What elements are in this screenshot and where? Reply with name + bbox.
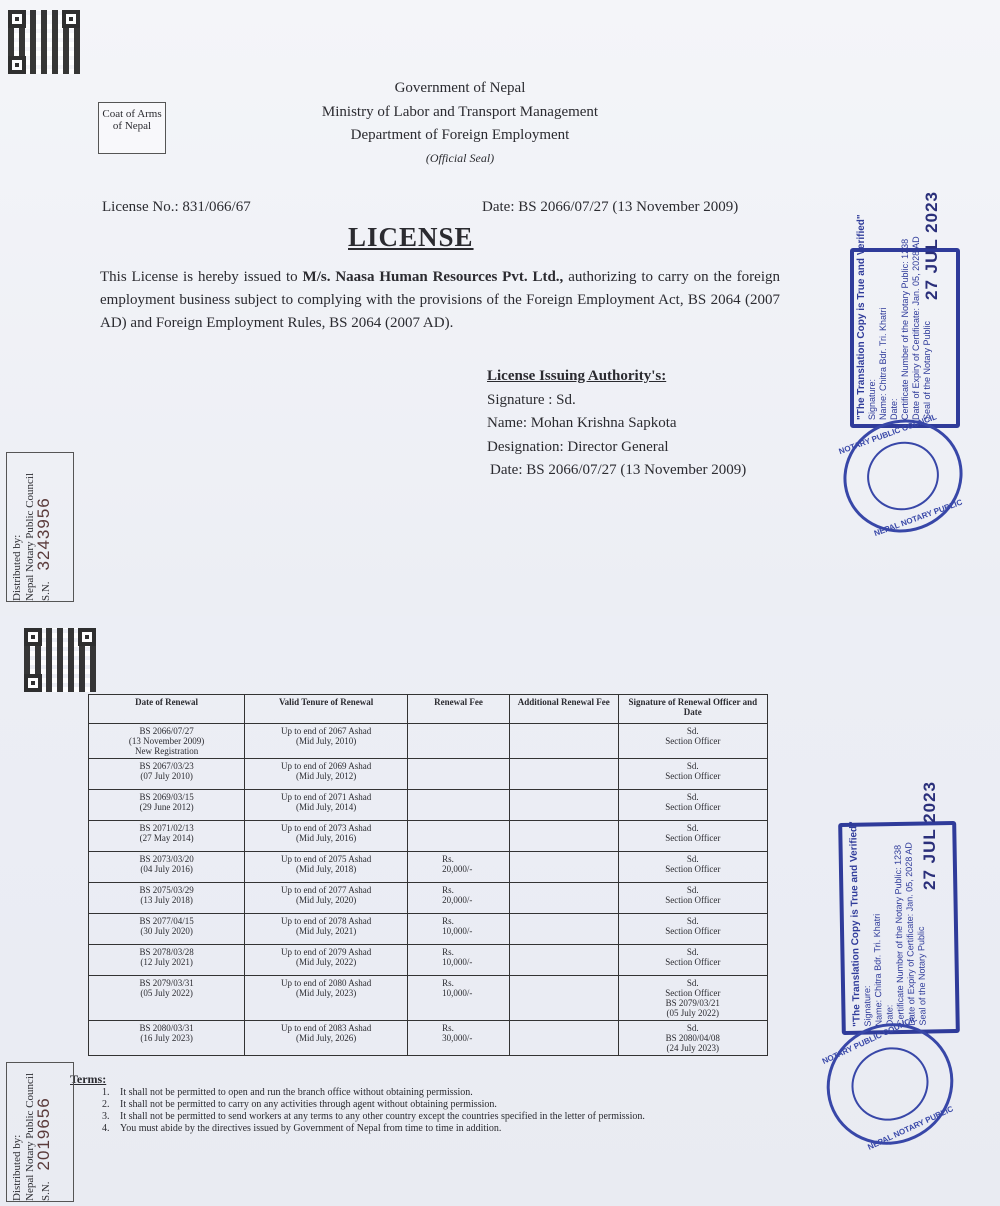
department-heading: Department of Foreign Employment bbox=[260, 127, 660, 144]
license-body: This License is hereby issued to M/s. Na… bbox=[100, 266, 780, 335]
license-page: Coat of Arms of Nepal Government of Nepa… bbox=[0, 0, 1000, 616]
cell-date: BS 2073/03/20 (04 July 2016) bbox=[89, 852, 245, 883]
license-number: License No.: 831/066/67 bbox=[102, 199, 251, 216]
term-item: You must abide by the directives issued … bbox=[112, 1123, 645, 1135]
cell-date: BS 2069/03/15 (29 June 2012) bbox=[89, 790, 245, 821]
cell-tenure: Up to end of 2075 Ashad (Mid July, 2018) bbox=[245, 852, 408, 883]
cell-add-fee bbox=[509, 914, 618, 945]
cell-tenure: Up to end of 2079 Ashad (Mid July, 2022) bbox=[245, 945, 408, 976]
cell-fee bbox=[408, 790, 510, 821]
renewal-table: Date of Renewal Valid Tenure of Renewal … bbox=[88, 694, 768, 1056]
cell-add-fee bbox=[509, 945, 618, 976]
serial-number: 2019656 bbox=[34, 1097, 53, 1170]
cell-add-fee bbox=[509, 759, 618, 790]
cell-add-fee bbox=[509, 1021, 618, 1056]
cell-tenure: Up to end of 2083 Ashad (Mid July, 2026) bbox=[245, 1021, 408, 1056]
cell-fee: Rs. 10,000/- bbox=[408, 945, 510, 976]
cell-sign: Sd. Section Officer bbox=[618, 724, 767, 759]
cell-date: BS 2080/03/31 (16 July 2023) bbox=[89, 1021, 245, 1056]
cell-sign: Sd. Section Officer bbox=[618, 790, 767, 821]
serial-number: 3243956 bbox=[34, 497, 53, 570]
official-seal-label: (Official Seal) bbox=[260, 151, 660, 166]
date-stamp: 27 JUL 2023 bbox=[922, 191, 942, 300]
cell-sign: Sd. Section Officer bbox=[618, 821, 767, 852]
cell-tenure: Up to end of 2077 Ashad (Mid July, 2020) bbox=[245, 883, 408, 914]
cell-fee: Rs. 10,000/- bbox=[408, 914, 510, 945]
notary-verification-stamp: "The Translation Copy is True and Verifi… bbox=[838, 821, 960, 1035]
cell-fee bbox=[408, 821, 510, 852]
cell-add-fee bbox=[509, 852, 618, 883]
ministry-heading: Ministry of Labor and Transport Manageme… bbox=[260, 104, 660, 121]
cell-fee bbox=[408, 724, 510, 759]
cell-sign: Sd. Section Officer bbox=[618, 945, 767, 976]
terms-section: Terms: It shall not be permitted to open… bbox=[70, 1073, 645, 1135]
stamp-name: Name: Chitra Bdr. Tri. Khatri bbox=[878, 214, 889, 420]
cell-sign: Sd. Section Officer bbox=[618, 914, 767, 945]
cell-sign: Sd. BS 2080/04/08 (24 July 2023) bbox=[618, 1021, 767, 1056]
date-stamp: 27 JUL 2023 bbox=[920, 781, 940, 890]
document-title: LICENSE bbox=[348, 222, 474, 253]
cell-sign: Sd. Section Officer bbox=[618, 759, 767, 790]
cell-date: BS 2077/04/15 (30 July 2020) bbox=[89, 914, 245, 945]
table-row: BS 2067/03/23 (07 July 2010)Up to end of… bbox=[89, 759, 768, 790]
table-row: BS 2079/03/31 (05 July 2022)Up to end of… bbox=[89, 976, 768, 1021]
term-item: It shall not be permitted to carry on an… bbox=[112, 1099, 645, 1111]
term-item: It shall not be permitted to open and ru… bbox=[112, 1087, 645, 1099]
cell-fee bbox=[408, 759, 510, 790]
cell-date: BS 2078/03/28 (12 July 2021) bbox=[89, 945, 245, 976]
license-date: Date: BS 2066/07/27 (13 November 2009) bbox=[482, 199, 738, 216]
qr-code-icon bbox=[24, 628, 96, 692]
authority-designation: Designation: Director General bbox=[487, 436, 746, 460]
cell-tenure: Up to end of 2073 Ashad (Mid July, 2016) bbox=[245, 821, 408, 852]
company-name: M/s. Naasa Human Resources Pvt. Ltd., bbox=[303, 269, 564, 285]
authority-name: Name: Mohan Krishna Sapkota bbox=[487, 412, 746, 436]
gov-heading: Government of Nepal bbox=[260, 80, 660, 97]
cell-sign: Sd. Section Officer BS 2079/03/21 (05 Ju… bbox=[618, 976, 767, 1021]
table-row: BS 2071/02/13 (27 May 2014)Up to end of … bbox=[89, 821, 768, 852]
notary-verification-stamp: "The Translation Copy is True and Verifi… bbox=[850, 248, 960, 428]
cell-sign: Sd. Section Officer bbox=[618, 852, 767, 883]
cell-fee: Rs. 20,000/- bbox=[408, 883, 510, 914]
cell-add-fee bbox=[509, 790, 618, 821]
distributed-by-label: Distributed by: bbox=[11, 473, 24, 601]
cell-date: BS 2066/07/27 (13 November 2009) New Reg… bbox=[89, 724, 245, 759]
table-row: BS 2073/03/20 (04 July 2016)Up to end of… bbox=[89, 852, 768, 883]
table-row: BS 2069/03/15 (29 June 2012)Up to end of… bbox=[89, 790, 768, 821]
distribution-strip: Distributed by: Nepal Notary Public Coun… bbox=[6, 1062, 74, 1202]
coat-of-arms: Coat of Arms of Nepal bbox=[98, 102, 166, 154]
stamp-signature: Signature: bbox=[867, 214, 878, 420]
terms-heading: Terms: bbox=[70, 1073, 645, 1085]
col-signature: Signature of Renewal Officer and Date bbox=[618, 695, 767, 724]
authority-heading: License Issuing Authority's: bbox=[487, 365, 746, 389]
cell-tenure: Up to end of 2069 Ashad (Mid July, 2012) bbox=[245, 759, 408, 790]
distribution-strip: Distributed by: Nepal Notary Public Coun… bbox=[6, 452, 74, 602]
cell-tenure: Up to end of 2078 Ashad (Mid July, 2021) bbox=[245, 914, 408, 945]
authority-date: Date: BS 2066/07/27 (13 November 2009) bbox=[490, 459, 746, 483]
cell-fee: Rs. 30,000/- bbox=[408, 1021, 510, 1056]
sn-label: S.N. bbox=[40, 1181, 52, 1201]
cell-date: BS 2079/03/31 (05 July 2022) bbox=[89, 976, 245, 1021]
table-row: BS 2080/03/31 (16 July 2023)Up to end of… bbox=[89, 1021, 768, 1056]
cell-fee: Rs. 20,000/- bbox=[408, 852, 510, 883]
table-header-row: Date of Renewal Valid Tenure of Renewal … bbox=[89, 695, 768, 724]
cell-fee: Rs. 10,000/- bbox=[408, 976, 510, 1021]
cell-add-fee bbox=[509, 821, 618, 852]
cell-date: BS 2075/03/29 (13 July 2018) bbox=[89, 883, 245, 914]
cell-tenure: Up to end of 2067 Ashad (Mid July, 2010) bbox=[245, 724, 408, 759]
col-add-fee: Additional Renewal Fee bbox=[509, 695, 618, 724]
body-text: This License is hereby issued to bbox=[100, 269, 303, 285]
term-item: It shall not be permitted to send worker… bbox=[112, 1111, 645, 1123]
qr-code-icon bbox=[8, 10, 80, 74]
cell-tenure: Up to end of 2071 Ashad (Mid July, 2014) bbox=[245, 790, 408, 821]
sn-label: S.N. bbox=[40, 581, 52, 601]
cell-date: BS 2067/03/23 (07 July 2010) bbox=[89, 759, 245, 790]
table-row: BS 2066/07/27 (13 November 2009) New Reg… bbox=[89, 724, 768, 759]
issuing-authority: License Issuing Authority's: Signature :… bbox=[487, 365, 746, 483]
col-fee: Renewal Fee bbox=[408, 695, 510, 724]
cell-sign: Sd. Section Officer bbox=[618, 883, 767, 914]
distributed-by-label: Distributed by: bbox=[11, 1073, 24, 1201]
cell-add-fee bbox=[509, 976, 618, 1021]
col-tenure: Valid Tenure of Renewal bbox=[245, 695, 408, 724]
cell-date: BS 2071/02/13 (27 May 2014) bbox=[89, 821, 245, 852]
stamp-verified-text: "The Translation Copy is True and Verifi… bbox=[856, 214, 867, 420]
cell-add-fee bbox=[509, 883, 618, 914]
table-row: BS 2078/03/28 (12 July 2021)Up to end of… bbox=[89, 945, 768, 976]
authority-signature: Signature : Sd. bbox=[487, 389, 746, 413]
col-date: Date of Renewal bbox=[89, 695, 245, 724]
cell-tenure: Up to end of 2080 Ashad (Mid July, 2023) bbox=[245, 976, 408, 1021]
stamp-cert: Certificate Number of the Notary Public:… bbox=[900, 214, 911, 420]
table-row: BS 2075/03/29 (13 July 2018)Up to end of… bbox=[89, 883, 768, 914]
table-row: BS 2077/04/15 (30 July 2020)Up to end of… bbox=[89, 914, 768, 945]
cell-add-fee bbox=[509, 724, 618, 759]
stamp-expiry: Date of Expiry of Certificate: Jan. 05, … bbox=[911, 214, 922, 420]
stamp-date: Date: bbox=[889, 214, 900, 420]
